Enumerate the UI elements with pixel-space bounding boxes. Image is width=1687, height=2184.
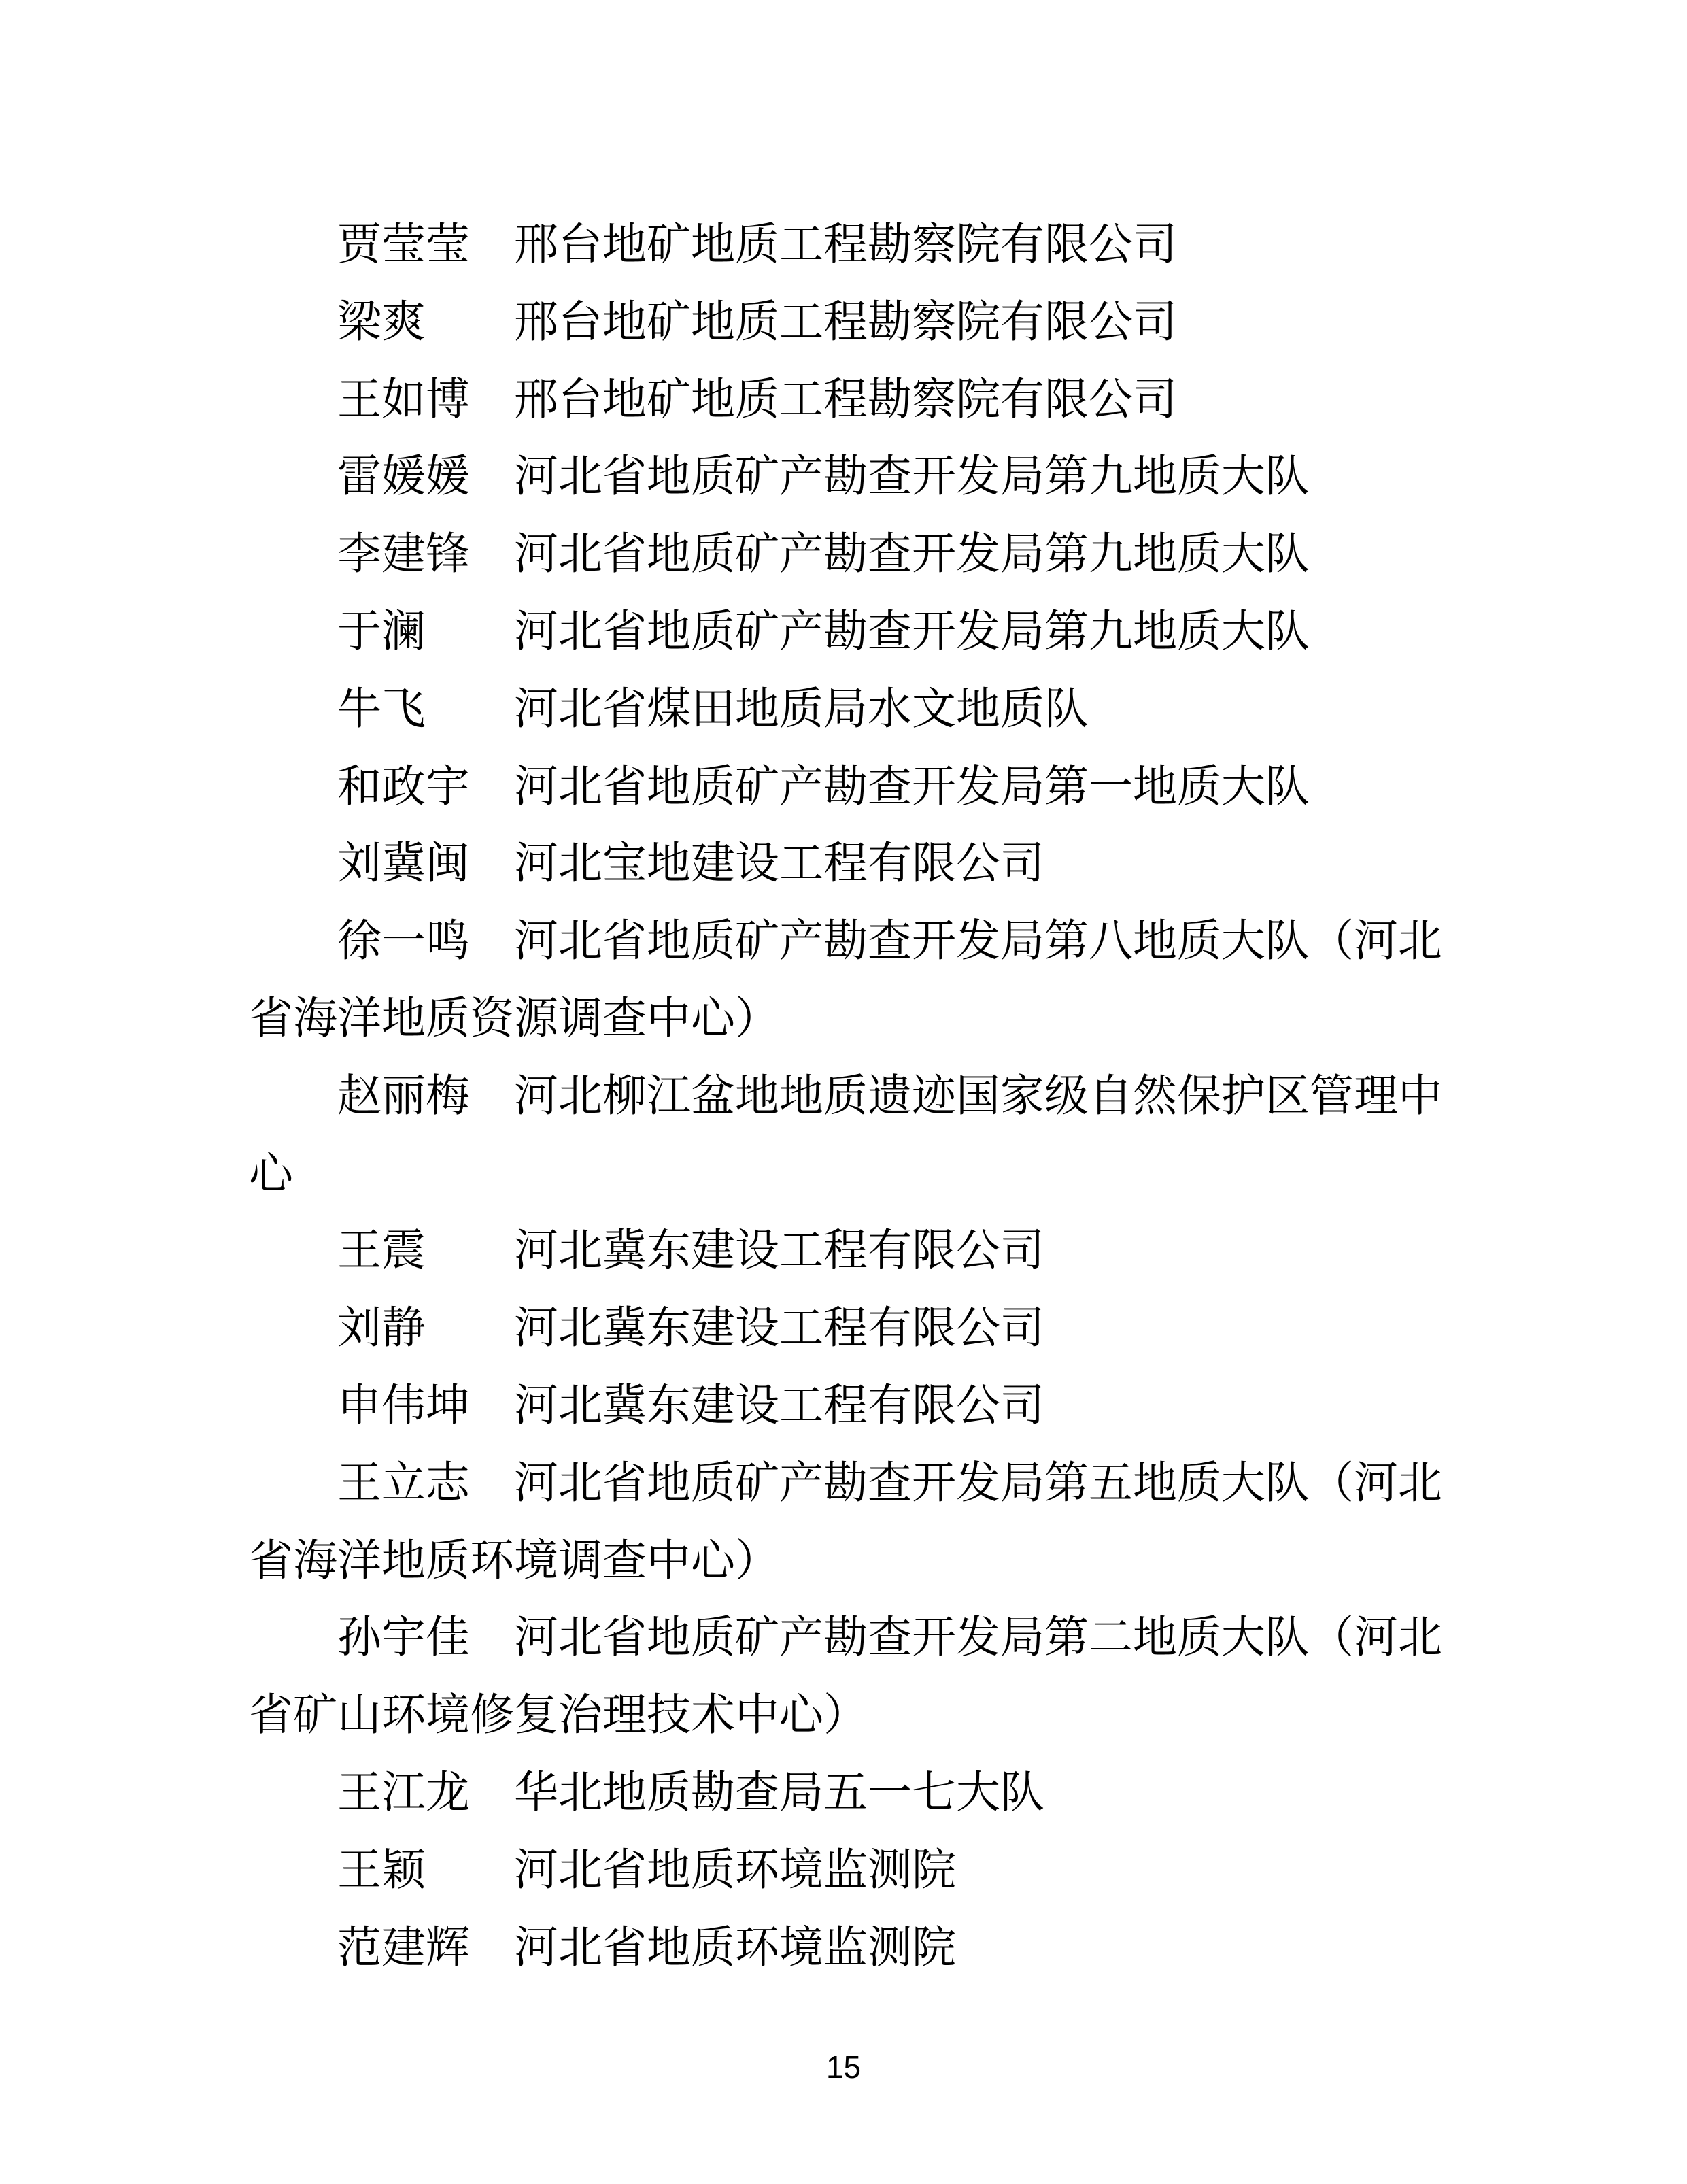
organization-name: 华北地质勘查局五一七大队 [514,1768,1044,1817]
organization-name: 河北省地质矿产勘查开发局第九地质大队 [514,530,1310,579]
organization-name: 河北省地质矿产勘查开发局第一地质大队 [514,762,1310,811]
roster-row: 王如博邢台地矿地质工程勘察院有限公司 [249,362,1443,439]
roster-row: 李建锋河北省地质矿产勘查开发局第九地质大队 [249,516,1443,594]
organization-name: 河北冀东建设工程有限公司 [514,1304,1044,1353]
person-name: 申伟坤 [337,1368,514,1445]
organization-name: 河北省地质矿产勘查开发局第九地质大队 [514,607,1310,656]
organization-name: 邢台地矿地质工程勘察院有限公司 [514,375,1177,424]
roster-row: 赵丽梅河北柳江盆地地质遗迹国家级自然保护区管理中心 [249,1058,1443,1213]
person-name: 雷媛媛 [337,439,514,516]
organization-name: 河北省地质环境监测院 [514,1846,956,1895]
roster-row: 刘冀闽河北宝地建设工程有限公司 [249,826,1443,903]
person-name: 孙宇佳 [337,1600,514,1677]
roster-row: 梁爽邢台地矿地质工程勘察院有限公司 [249,284,1443,362]
person-name: 牛飞 [337,671,514,749]
roster-row: 刘静河北冀东建设工程有限公司 [249,1290,1443,1368]
roster-row: 和政宇河北省地质矿产勘查开发局第一地质大队 [249,749,1443,826]
organization-name: 河北省地质矿产勘查开发局第九地质大队 [514,452,1310,501]
person-name: 王如博 [337,362,514,439]
roster-row: 贾莹莹邢台地矿地质工程勘察院有限公司 [249,207,1443,284]
roster-row: 王颖河北省地质环境监测院 [249,1832,1443,1910]
person-name: 刘静 [337,1290,514,1368]
organization-name: 河北冀东建设工程有限公司 [514,1226,1044,1275]
person-name: 王震 [337,1213,514,1290]
document-page: 贾莹莹邢台地矿地质工程勘察院有限公司 梁爽邢台地矿地质工程勘察院有限公司 王如博… [0,0,1687,2184]
roster-row: 于澜河北省地质矿产勘查开发局第九地质大队 [249,594,1443,671]
roster-row: 王江龙华北地质勘查局五一七大队 [249,1755,1443,1832]
person-name: 梁爽 [337,284,514,362]
organization-name: 河北冀东建设工程有限公司 [514,1381,1044,1430]
person-name: 贾莹莹 [337,207,514,284]
person-name: 赵丽梅 [337,1058,514,1136]
person-name: 于澜 [337,594,514,671]
organization-name: 邢台地矿地质工程勘察院有限公司 [514,298,1177,347]
roster-row: 牛飞河北省煤田地质局水文地质队 [249,671,1443,749]
organization-name: 河北省地质环境监测院 [514,1923,956,1972]
organization-name: 河北宝地建设工程有限公司 [514,839,1044,888]
person-name: 王立志 [337,1445,514,1523]
roster-list: 贾莹莹邢台地矿地质工程勘察院有限公司 梁爽邢台地矿地质工程勘察院有限公司 王如博… [249,207,1443,1987]
person-name: 李建锋 [337,516,514,594]
person-name: 刘冀闽 [337,826,514,903]
person-name: 王江龙 [337,1755,514,1832]
organization-name: 邢台地矿地质工程勘察院有限公司 [514,220,1177,269]
roster-row: 徐一鸣河北省地质矿产勘查开发局第八地质大队（河北省海洋地质资源调查中心） [249,903,1443,1058]
roster-row: 孙宇佳河北省地质矿产勘查开发局第二地质大队（河北省矿山环境修复治理技术中心） [249,1600,1443,1755]
person-name: 和政宇 [337,749,514,826]
organization-name: 河北省煤田地质局水文地质队 [514,685,1089,734]
roster-row: 王震河北冀东建设工程有限公司 [249,1213,1443,1290]
person-name: 徐一鸣 [337,903,514,981]
person-name: 王颖 [337,1832,514,1910]
roster-row: 申伟坤河北冀东建设工程有限公司 [249,1368,1443,1445]
roster-row: 雷媛媛河北省地质矿产勘查开发局第九地质大队 [249,439,1443,516]
roster-row: 王立志河北省地质矿产勘查开发局第五地质大队（河北省海洋地质环境调查中心） [249,1445,1443,1600]
roster-row: 范建辉河北省地质环境监测院 [249,1910,1443,1987]
person-name: 范建辉 [337,1910,514,1987]
page-number: 15 [0,2049,1687,2085]
